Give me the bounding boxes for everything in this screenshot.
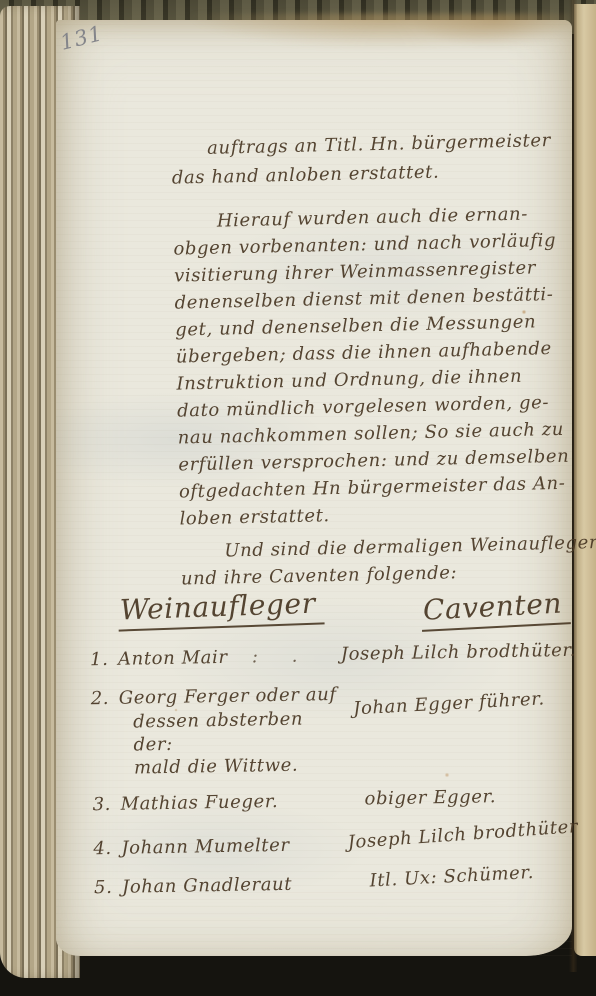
weinaufleger-name: Mathias Fueger. [120, 791, 278, 815]
cavent-name: Joseph Lilch brodthüter. [329, 640, 577, 665]
archival-book-scan: 131 auftrags an Titl. Hn. bürgermeister … [0, 0, 596, 996]
cavent-name: obiger Egger. [342, 785, 578, 810]
paragraph-3: Und sind die dermaligen Weinaufleger und… [180, 529, 585, 592]
table-row: 4. Johann Mumelter Joseph Lilch brodthüt… [93, 829, 579, 861]
cavent-name: Johan Egger führer. [340, 675, 577, 720]
table-row: 2. Georg Ferger oder auf dessen absterbe… [91, 679, 579, 780]
paragraph-2: Hierauf wurden auch die ernan- obgen vor… [173, 199, 584, 532]
weinaufleger-column-header: Weinaufleger [117, 586, 324, 631]
cavent-name: Itl. Ux: Schümer. [343, 860, 580, 893]
row-number: 5. [94, 876, 116, 900]
cavent-name: Joseph Lilch brodthüter [335, 816, 579, 854]
row-number: 4. [93, 837, 115, 861]
row-number: 1. [90, 648, 112, 672]
caventen-column-header: Caventen [420, 586, 571, 632]
body-text: auftrags an Titl. Hn. bürgermeister das … [171, 125, 585, 592]
weinaufleger-cell: 3. Mathias Fueger. [92, 789, 342, 817]
weinaufleger-name: Johann Mumelter [121, 835, 290, 859]
table-row: 3. Mathias Fueger. obiger Egger. [92, 785, 578, 817]
weinaufleger-name: Anton Mair [118, 647, 228, 670]
weinaufleger-name: Georg Ferger oder auf [119, 683, 341, 711]
paragraph-1: auftrags an Titl. Hn. bürgermeister das … [171, 125, 576, 192]
weinaufleger-name: Johan Gnadleraut [122, 874, 292, 898]
weinaufleger-cell: 2. Georg Ferger oder auf dessen absterbe… [91, 683, 343, 780]
row-number: 2. [91, 687, 115, 780]
filler-dots: : . [234, 645, 312, 667]
weinaufleger-cell: 5. Johan Gnadleraut [94, 872, 344, 900]
weinaufleger-name-cont: dessen absterben der: [119, 707, 342, 757]
weinaufleger-name-cont: mald die Wittwe. [120, 753, 342, 780]
register-table: 1. Anton Mair : . Joseph Lilch brodthüte… [90, 636, 580, 900]
row-number: 3. [92, 793, 114, 817]
weinaufleger-cell: 1. Anton Mair : . [90, 644, 329, 672]
weinaufleger-cell: 4. Johann Mumelter [93, 833, 337, 861]
table-row: 1. Anton Mair : . Joseph Lilch brodthüte… [90, 640, 576, 672]
register-headers: Weinaufleger Caventen [118, 590, 570, 628]
